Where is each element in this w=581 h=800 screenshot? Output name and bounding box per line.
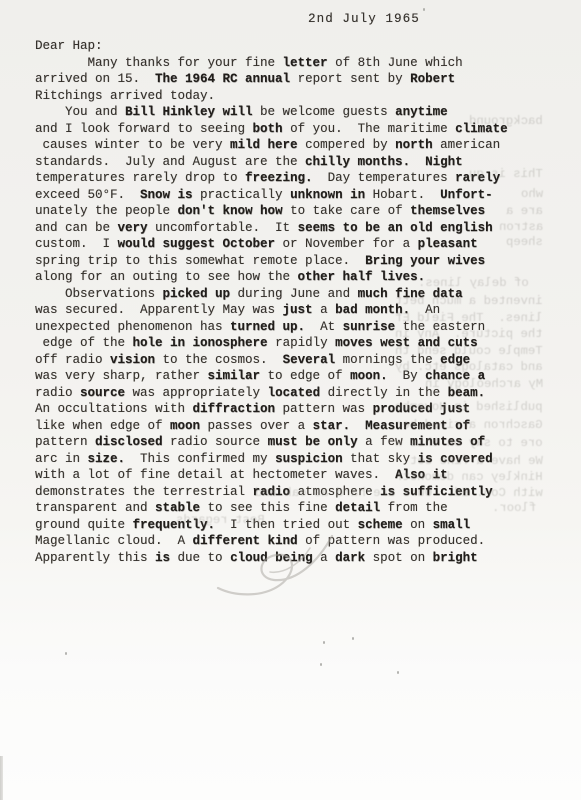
scan-edge-artifact [0,756,3,800]
signature-bleed-icon [200,528,350,603]
letter-line: Many thanks for your fine letter of 8th … [35,55,508,72]
letter-line: like when edge of moon passes over a sta… [35,418,508,435]
paper-speck [352,637,354,640]
letter-line: Observations picked up during June and m… [35,286,508,303]
letter-line: Ritchings arrived today. [35,88,508,105]
letter-line: was secured. Apparently May was just a b… [35,302,508,319]
letter-line: You and Bill Hinkley will be welcome gue… [35,104,508,121]
paper-speck [423,8,425,11]
letter-line: arc in size. This confirmed my suspicion… [35,451,508,468]
letter-line: edge of the hole in ionosphere rapidly m… [35,335,508,352]
letter-line: was very sharp, rather similar to edge o… [35,368,508,385]
date-line: 2nd July 1965 [308,11,420,28]
letter-line: radio source was appropriately located d… [35,385,508,402]
letter-line: and can be very uncomfortable. It seems … [35,220,508,237]
paper-speck [320,663,322,666]
paper-speck [397,671,399,674]
letter-line: An occultations with diffraction pattern… [35,401,508,418]
letter-line: standards. July and August are the chill… [35,154,508,171]
letter-line: pattern disclosed radio source must be o… [35,434,508,451]
bleedthrough-fragment: who [521,186,543,202]
letter-line: unately the people don't know how to tak… [35,203,508,220]
bleedthrough-fragment: sheep [506,234,543,250]
letter-line: transparent and stable to see this fine … [35,500,508,517]
paper-speck [323,641,325,644]
letter-line: temperatures rarely drop to freezing. Da… [35,170,508,187]
letter-line: Dear Hap: [35,38,508,55]
letter-line: along for an outing to see how the other… [35,269,508,286]
letter-line: exceed 50°F. Snow is practically unknown… [35,187,508,204]
letter-line: unexpected phenomenon has turned up. At … [35,319,508,336]
letter-line: off radio vision to the cosmos. Several … [35,352,508,369]
letter-line: and I look forward to seeing both of you… [35,121,508,138]
paper-speck [65,652,67,655]
letter-line: arrived on 15. The 1964 RC annual report… [35,71,508,88]
letter-body: Dear Hap: Many thanks for your fine lett… [35,38,508,566]
letter-line: spring trip to this somewhat remote plac… [35,253,508,270]
letter-line: demonstrates the terrestrial radio atmos… [35,484,508,501]
letter-line: with a lot of fine detail at hectometer … [35,467,508,484]
bleedthrough-fragment: are a [506,203,543,219]
letter-page: 2nd July 1965 Dear Hap: Many thanks for … [0,0,581,800]
letter-line: causes winter to be very mild here compe… [35,137,508,154]
letter-line: custom. I would suggest October or Novem… [35,236,508,253]
